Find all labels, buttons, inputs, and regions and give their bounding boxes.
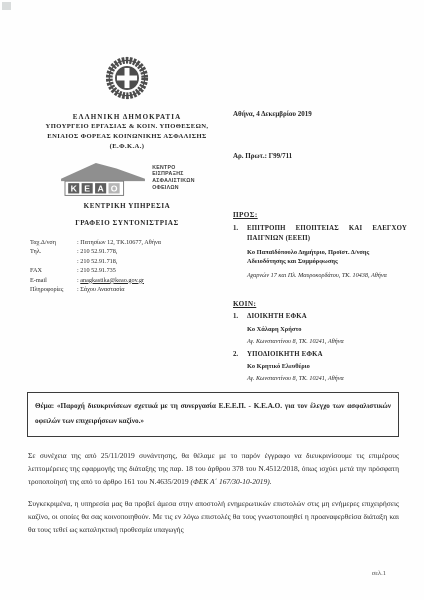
logo-caption-line: ΟΦΕΙΛΩΝ <box>152 185 195 192</box>
unit-central-service: ΚΕΝΤΡΙΚΗ ΥΠΗΡΕΣΙΑ <box>24 201 230 211</box>
recipient-details: ΕΠΙΤΡΟΠΗ ΕΠΟΠΤΕΙΑΣ ΚΑΙ ΕΛΕΓΧΟΥ ΠΑΙΓΝΙΩΝ … <box>247 224 407 280</box>
org-line-efka: ΕΝΙΑΙΟΣ ΦΟΡΕΑΣ ΚΟΙΝΩΝΙΚΗΣ ΑΣΦΑΛΙΣΗΣ <box>24 132 230 142</box>
koin-item-2: 2. ΥΠΟΔΙΟΙΚΗΤΗ ΕΦΚΑ Κο Κρητικό Ελευθέριο… <box>233 350 407 384</box>
scan-artifact <box>2 2 11 10</box>
recipient-person: Κο Χάλαρη Χρήστο <box>247 325 407 334</box>
recipient-org: ΥΠΟΔΙΟΙΚΗΤΗ ΕΦΚΑ <box>247 350 407 360</box>
logo-caption-line: ΑΣΦΑΛΙΣΤΙΚΩΝ <box>152 178 195 185</box>
svg-text:Α: Α <box>98 183 105 193</box>
subject-label: Θέμα: <box>35 402 54 410</box>
keao-logo-icon: Κ Ε Α Ο <box>59 159 147 197</box>
svg-text:Ε: Ε <box>84 183 90 193</box>
recipient-details: ΥΠΟΔΙΟΙΚΗΤΗ ΕΦΚΑ Κο Κρητικό Ελευθέριο Αγ… <box>247 350 407 384</box>
date-line: Αθήνα, 4 Δεκεμβρίου 2019 <box>233 110 407 118</box>
org-line-efka-abbr: (Ε.Φ.Κ.Α.) <box>24 142 230 152</box>
koin-item-1: 1. ΔΙΟΙΚΗΤΗ ΕΦΚΑ Κο Χάλαρη Χρήστο Αγ. Κω… <box>233 312 407 346</box>
org-line-ministry: ΥΠΟΥΡΓΕΙΟ ΕΡΓΑΣΙΑΣ & ΚΟΙΝ. ΥΠΟΘΕΣΕΩΝ, <box>24 122 230 132</box>
contact-value: : Πατησίων 12, ΤΚ.10677, Αθήνα <box>77 238 230 247</box>
protocol-number: Αρ. Πρωτ.: Γ99/711 <box>233 152 292 160</box>
org-line-republic: ΕΛΛΗΝΙΚΗ ΔΗΜΟΚΡΑΤΙΑ <box>24 112 230 122</box>
logo-caption-line: ΕΙΣΠΡΑΞΗΣ <box>152 171 195 178</box>
pros-item-1: 1. ΕΠΙΤΡΟΠΗ ΕΠΟΠΤΕΙΑΣ ΚΑΙ ΕΛΕΓΧΟΥ ΠΑΙΓΝΙ… <box>233 224 407 280</box>
fek-reference: (ΦΕΚ Α΄ 167/30-10-2019). <box>190 477 271 486</box>
document-page: ΕΛΛΗΝΙΚΗ ΔΗΜΟΚΡΑΤΙΑ ΥΠΟΥΡΓΕΙΟ ΕΡΓΑΣΙΑΣ &… <box>0 0 424 600</box>
recipient-org: ΕΠΙΤΡΟΠΗ ΕΠΟΠΤΕΙΑΣ ΚΑΙ ΕΛΕΓΧΟΥ ΠΑΙΓΝΙΩΝ … <box>247 224 407 243</box>
subject-box: Θέμα: «Παροχή διευκρινίσεων σχετικά με τ… <box>27 392 399 437</box>
contact-label: Πληροφορίες <box>30 285 77 294</box>
item-number: 1. <box>233 224 247 280</box>
body-paragraph-2: Συγκεκριμένα, η υπηρεσία μας θα προβεί ά… <box>28 497 399 536</box>
recipient-org: ΔΙΟΙΚΗΤΗ ΕΦΚΑ <box>247 312 407 322</box>
page-number: σελ.1 <box>372 570 386 577</box>
greek-coat-of-arms-icon <box>104 55 150 101</box>
letter-body: Σε συνέχεια της από 25/11/2019 συνάντηση… <box>28 449 399 536</box>
contact-value: : Σάχου Αναστασία <box>77 285 230 294</box>
contact-row-email: E-mail : anagkastika@keao.gov.gr <box>30 276 230 285</box>
contact-value: : anagkastika@keao.gov.gr <box>77 276 230 285</box>
koin-heading: ΚΟΙΝ: <box>233 300 407 308</box>
recipient-address: Αγ. Κωνσταντίνου 8, ΤΚ. 10241, Αθήνα <box>247 337 407 346</box>
recipient-address: Αγ. Κωνσταντίνου 8, ΤΚ. 10241, Αθήνα <box>247 374 407 383</box>
contact-label: Ταχ.Δ/νση <box>30 238 77 247</box>
contact-block: Ταχ.Δ/νση : Πατησίων 12, ΤΚ.10677, Αθήνα… <box>30 238 230 294</box>
koin-section: ΚΟΙΝ: 1. ΔΙΟΙΚΗΤΗ ΕΦΚΑ Κο Χάλαρη Χρήστο … <box>233 300 407 383</box>
contact-label: Τηλ. <box>30 247 77 256</box>
logo-caption-line: ΚΕΝΤΡΟ <box>152 165 195 172</box>
item-number: 1. <box>233 312 247 346</box>
contact-row-info: Πληροφορίες : Σάχου Αναστασία <box>30 285 230 294</box>
contact-value: : 210 52.91.735 <box>77 266 230 275</box>
paragraph-text: Συγκεκριμένα, η υπηρεσία μας θα προβεί ά… <box>28 499 399 534</box>
recipient-person: Κο Παπαϊδόπουλο Δημήτριο, Προϊστ. Δ/νσης… <box>247 248 407 266</box>
svg-text:Ο: Ο <box>111 183 118 193</box>
contact-label <box>30 257 77 266</box>
letterhead: ΕΛΛΗΝΙΚΗ ΔΗΜΟΚΡΑΤΙΑ ΥΠΟΥΡΓΕΙΟ ΕΡΓΑΣΙΑΣ &… <box>24 55 230 294</box>
contact-row-phone-2: : 210 52.91.718, <box>30 257 230 266</box>
item-number: 2. <box>233 350 247 384</box>
keao-logo: Κ Ε Α Ο ΚΕΝΤΡΟ ΕΙΣΠΡΑΞΗΣ ΑΣΦΑΛΙΣΤΙΚΩΝ ΟΦ… <box>24 159 230 197</box>
unit-coordinator-office: ΓΡΑΦΕΙΟ ΣΥΝΤΟΝΙΣΤΡΙΑΣ <box>24 218 230 228</box>
recipient-address: Αχαρνών 17 και Πλ. Μαυροκορδάτου, ΤΚ. 10… <box>247 271 407 280</box>
pros-heading: ΠΡΟΣ: <box>233 211 407 219</box>
contact-row-address: Ταχ.Δ/νση : Πατησίων 12, ΤΚ.10677, Αθήνα <box>30 238 230 247</box>
contact-row-fax: FAX : 210 52.91.735 <box>30 266 230 275</box>
contact-row-phone-1: Τηλ. : 210 52.91.778, <box>30 247 230 256</box>
subject-text: «Παροχή διευκρινίσεων σχετικά με τη συνε… <box>35 402 391 425</box>
keao-logo-caption: ΚΕΝΤΡΟ ΕΙΣΠΡΑΞΗΣ ΑΣΦΑΛΙΣΤΙΚΩΝ ΟΦΕΙΛΩΝ <box>152 165 195 191</box>
contact-value: : 210 52.91.718, <box>77 257 230 266</box>
contact-value: : 210 52.91.778, <box>77 247 230 256</box>
email-link[interactable]: anagkastika@keao.gov.gr <box>80 277 144 284</box>
body-paragraph-1: Σε συνέχεια της από 25/11/2019 συνάντηση… <box>28 449 399 488</box>
svg-text:Κ: Κ <box>71 183 78 193</box>
contact-label: E-mail <box>30 276 77 285</box>
recipient-details: ΔΙΟΙΚΗΤΗ ΕΦΚΑ Κο Χάλαρη Χρήστο Αγ. Κωνστ… <box>247 312 407 346</box>
contact-label: FAX <box>30 266 77 275</box>
recipient-person: Κο Κρητικό Ελευθέριο <box>247 362 407 371</box>
pros-section: ΠΡΟΣ: 1. ΕΠΙΤΡΟΠΗ ΕΠΟΠΤΕΙΑΣ ΚΑΙ ΕΛΕΓΧΟΥ … <box>233 211 407 280</box>
right-column: Αθήνα, 4 Δεκεμβρίου 2019 Αρ. Πρωτ.: Γ99/… <box>233 110 407 118</box>
